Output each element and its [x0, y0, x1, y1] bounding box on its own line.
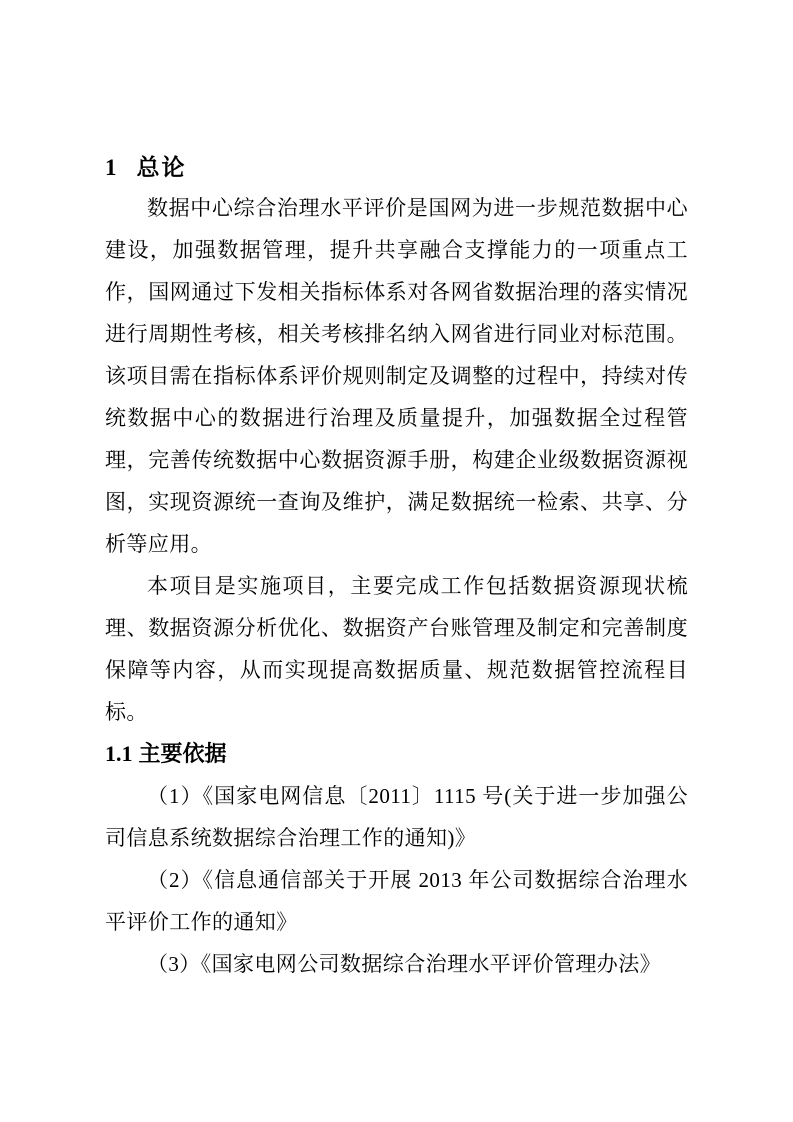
- chapter-title: 总论: [137, 154, 187, 180]
- section-title: 主要依据: [139, 741, 227, 766]
- section-heading: 1.1主要依据: [105, 733, 688, 775]
- reference-item-3: （3）《国家电网公司数据综合治理水平评价管理办法》: [105, 943, 688, 985]
- chapter-number: 1: [105, 155, 117, 180]
- document-page: 1总论 数据中心综合治理水平评价是国网为进一步规范数据中心建设，加强数据管理，提…: [0, 0, 793, 1122]
- reference-item-2: （2）《信息通信部关于开展 2013 年公司数据综合治理水平评价工作的通知》: [105, 859, 688, 943]
- intro-paragraph-2: 本项目是实施项目，主要完成工作包括数据资源现状梳理、数据资源分析优化、数据资产台…: [105, 565, 688, 733]
- reference-item-1: （1）《国家电网信息〔2011〕1115 号(关于进一步加强公司信息系统数据综合…: [105, 775, 688, 859]
- chapter-heading: 1总论: [105, 148, 688, 187]
- section-number: 1.1: [105, 741, 133, 766]
- intro-paragraph-1: 数据中心综合治理水平评价是国网为进一步规范数据中心建设，加强数据管理，提升共享融…: [105, 187, 688, 565]
